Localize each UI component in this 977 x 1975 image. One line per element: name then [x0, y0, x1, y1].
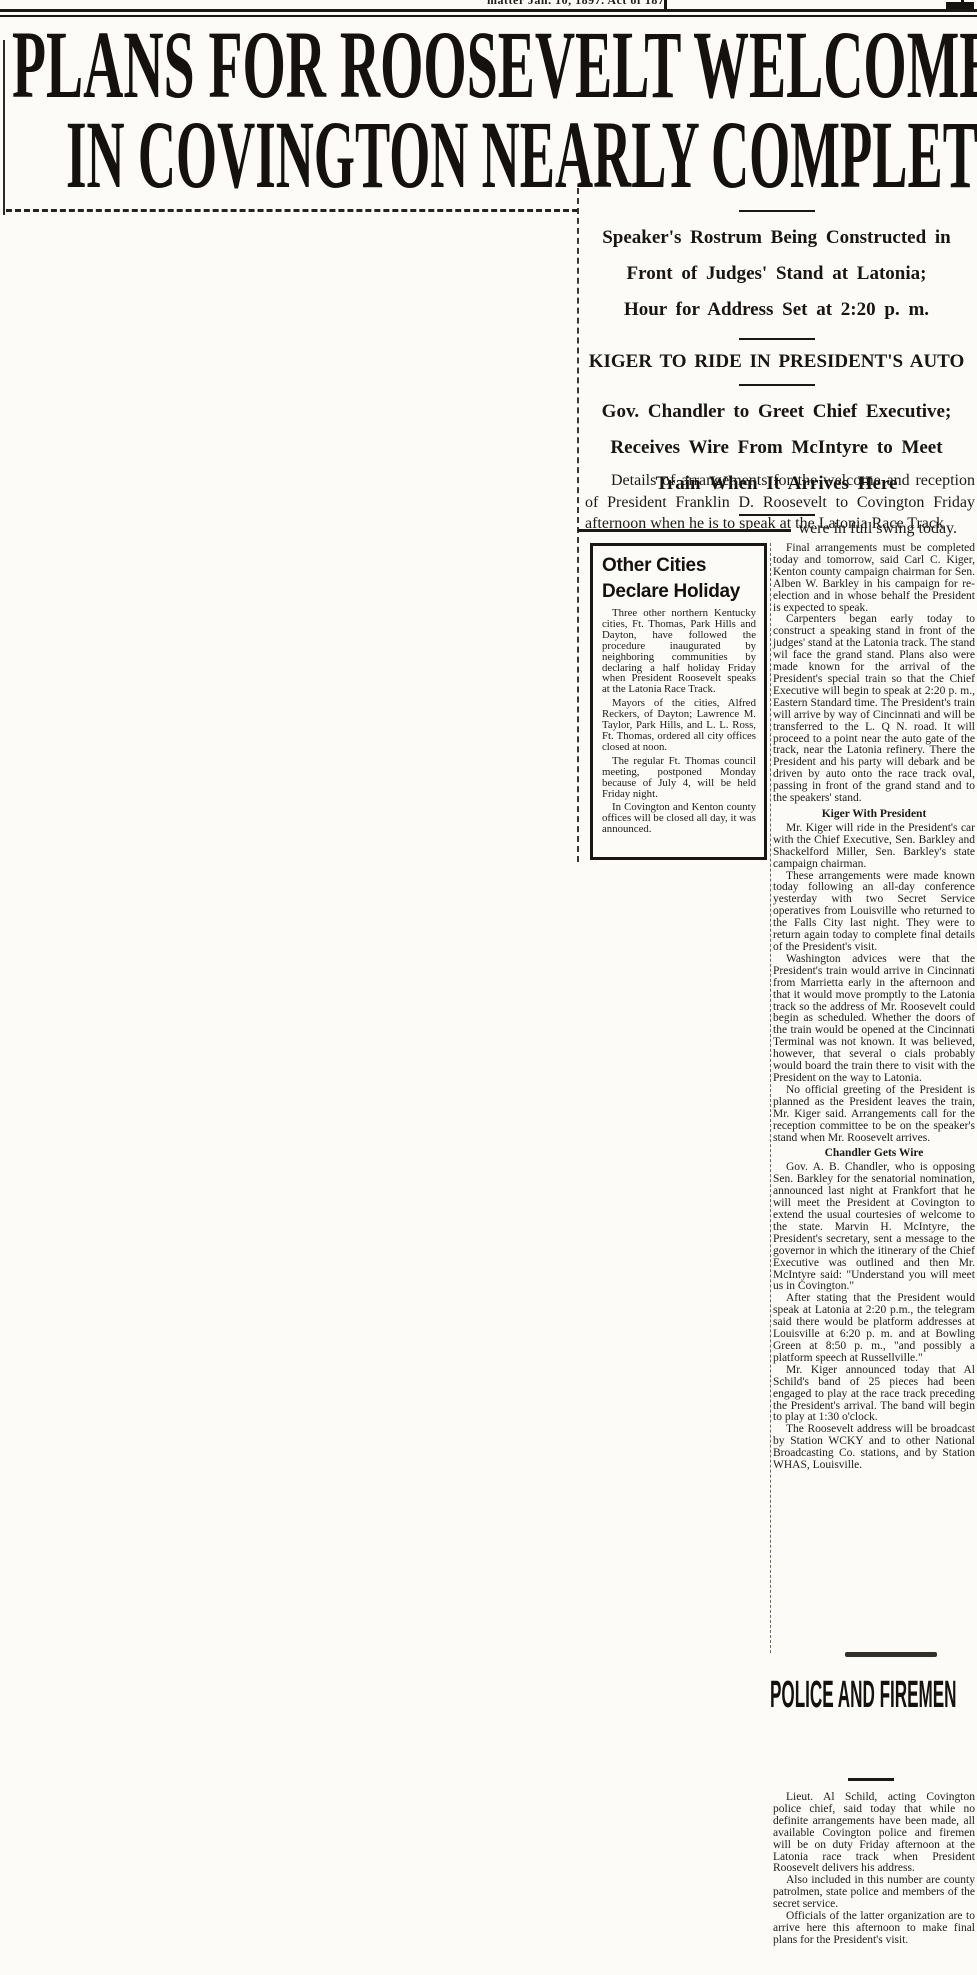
deck-2-line-2: Receives Wire From McIntyre to Meet — [578, 430, 975, 466]
article-paragraph: No official greeting of the President is… — [773, 1085, 975, 1145]
police-paragraph: Lieut. Al Schild, acting Covington polic… — [773, 1792, 975, 1875]
newspaper-clipping: matter Jan. 10, 1897. Act of 1879. PLANS… — [0, 0, 977, 1975]
article-paragraph: The Roosevelt address will be broadcast … — [773, 1424, 975, 1472]
article-paragraph: Final arrangements must be completed tod… — [773, 543, 975, 614]
police-headline-line-1: POLICE AND FIREMEN — [770, 1672, 976, 1718]
holiday-box-paragraph: Mayors of the cities, Alfred Reckers, of… — [602, 698, 756, 753]
deck-divider-rule — [739, 338, 815, 340]
article-paragraph: Mr. Kiger will ride in the President's c… — [773, 823, 975, 871]
deck-divider-rule — [739, 210, 815, 212]
column-rule-right — [770, 543, 771, 1653]
deck-column: Speaker's Rostrum Being Constructed in F… — [578, 188, 975, 516]
police-body-column: Lieut. Al Schild, acting Covington polic… — [773, 1792, 975, 1947]
deck-1-line-1: Speaker's Rostrum Being Constructed in — [578, 220, 975, 256]
police-paragraph: Officials of the latter organization are… — [773, 1911, 975, 1947]
lead-tail-rule — [578, 529, 791, 532]
ink-smudge-rule — [845, 1652, 937, 1657]
article-paragraph: Mr. Kiger announced today that Al Schild… — [773, 1365, 975, 1425]
headline-left-rule — [3, 40, 5, 215]
holiday-sidebar-box: Other Cities Declare Holiday Three other… — [590, 543, 767, 860]
deck-2-line-1: Gov. Chandler to Greet Chief Executive; — [578, 394, 975, 430]
deck-1-line-2: Front of Judges' Stand at Latonia; — [578, 256, 975, 292]
police-paragraph: Also included in this number are county … — [773, 1875, 975, 1911]
article-paragraph: Washington advices were that the Preside… — [773, 954, 975, 1085]
deck-1: Speaker's Rostrum Being Constructed in F… — [578, 220, 975, 328]
holiday-box-paragraph: The regular Ft. Thomas council meeting, … — [602, 756, 756, 800]
deck-divider-rule — [739, 384, 815, 386]
kicker-headline: KIGER TO RIDE IN PRESIDENT'S AUTO — [578, 350, 975, 374]
article-body-column: Final arrangements must be completed tod… — [773, 543, 975, 1472]
lead-tail-row: were in full swing today. — [578, 520, 975, 538]
main-headline: PLANS FOR ROOSEVELT WELCOME IN COVINGTON… — [12, 20, 977, 200]
main-headline-line-1: PLANS FOR ROOSEVELT WELCOME — [12, 20, 977, 110]
holiday-box-title-line-2: Declare Holiday — [602, 579, 756, 605]
article-paragraph: Gov. A. B. Chandler, who is opposing Sen… — [773, 1162, 975, 1293]
lead-tail-text: were in full swing today. — [799, 520, 975, 538]
police-divider-rule — [848, 1778, 894, 1781]
main-headline-line-2: IN COVINGTON NEARLY COMPLETE — [66, 110, 977, 200]
headline-underline-dashed-rule — [6, 209, 578, 212]
police-headline: POLICE AND FIREMEN ON DUTY EN MASSE — [770, 1672, 976, 1764]
article-paragraph: Carpenters began early today to construc… — [773, 614, 975, 805]
police-headline-line-2: ON DUTY EN MASSE — [770, 1718, 976, 1764]
article-subhead-chandler: Chandler Gets Wire — [773, 1147, 975, 1160]
article-paragraph: These arrangements were made known today… — [773, 871, 975, 954]
holiday-box-title-line-1: Other Cities — [602, 553, 756, 579]
holiday-box-paragraph: In Covington and Kenton county offices w… — [602, 802, 756, 835]
holiday-box-title: Other Cities Declare Holiday — [602, 553, 756, 605]
article-subhead-kiger: Kiger With President — [773, 808, 975, 821]
deck-1-line-3: Hour for Address Set at 2:20 p. m. — [578, 292, 975, 328]
holiday-box-paragraph: Three other northern Kentucky cities, Ft… — [602, 608, 756, 695]
article-paragraph: After stating that the President would s… — [773, 1293, 975, 1364]
